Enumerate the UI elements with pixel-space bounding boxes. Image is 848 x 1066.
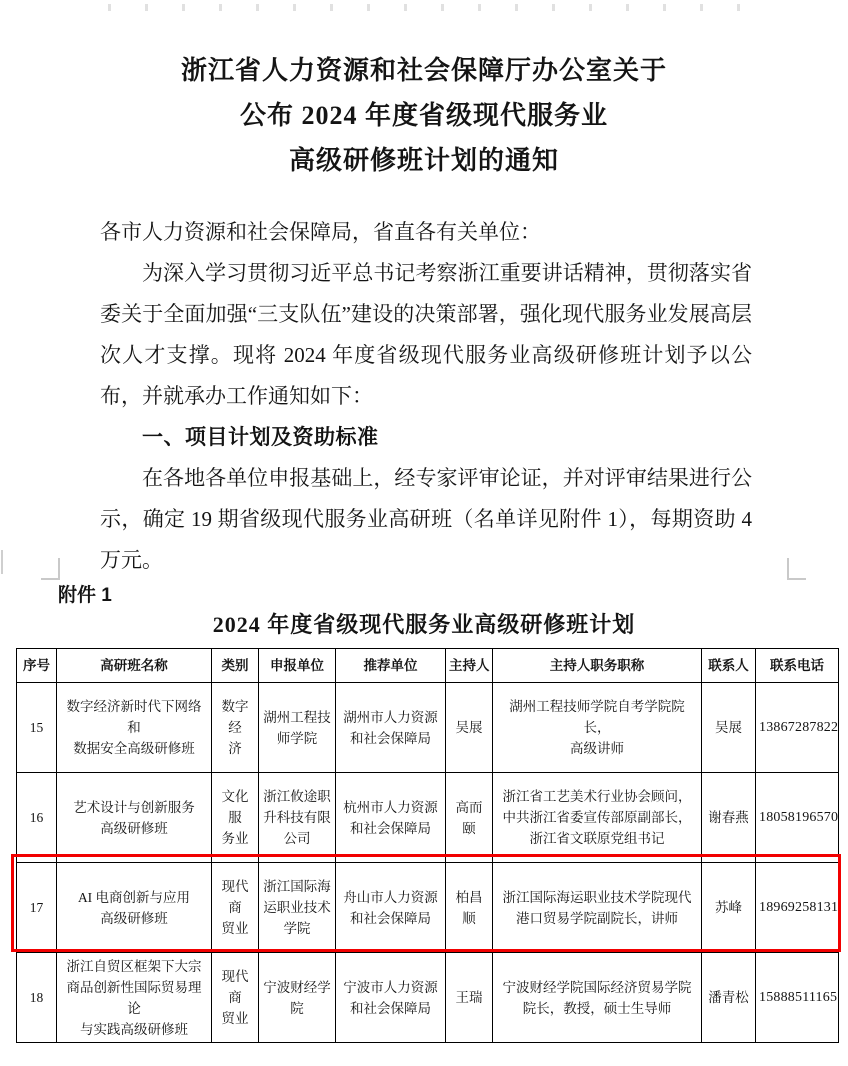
top-edge-text-remnant — [108, 4, 748, 11]
document-title-line2: 公布 2024 年度省级现代服务业 — [240, 101, 608, 130]
cell-contact: 潘青松 — [702, 953, 756, 1043]
text-boundary-mark-left — [41, 558, 60, 580]
cell-host: 吴展 — [446, 683, 493, 773]
cell-recommender: 湖州市人力资源 和社会保障局 — [336, 683, 446, 773]
table-row-highlighted: 17 AI 电商创新与应用 高级研修班 现代商 贸业 浙江国际海 运职业技术 学… — [17, 863, 839, 953]
header-host: 主持人 — [446, 649, 493, 683]
header-applicant: 申报单位 — [259, 649, 336, 683]
section-heading-1: 一、项目计划及资助标准 — [100, 417, 752, 458]
cell-applicant: 浙江国际海 运职业技术 学院 — [259, 863, 336, 953]
cell-category: 现代商 贸业 — [212, 863, 259, 953]
document-title-line1: 浙江省人力资源和社会保障厅办公室关于 — [181, 56, 667, 85]
header-no: 序号 — [17, 649, 57, 683]
paragraph-intro: 为深入学习贯彻习近平总书记考察浙江重要讲话精神，贯彻落实省委关于全面加强“三支队… — [100, 253, 752, 417]
document-body: 各市人力资源和社会保障局，省直各有关单位： 为深入学习贯彻习近平总书记考察浙江重… — [100, 212, 752, 581]
cell-recommender: 杭州市人力资源 和社会保障局 — [336, 773, 446, 863]
cell-recommender: 宁波市人力资源 和社会保障局 — [336, 953, 446, 1043]
cell-host-title: 浙江省工艺美术行业协会顾问， 中共浙江省委宣传部原副部长， 浙江省文联原党组书记 — [493, 773, 702, 863]
document-page: 浙江省人力资源和社会保障厅办公室关于 公布 2024 年度省级现代服务业 高级研… — [0, 0, 848, 1066]
cell-applicant: 浙江攸途职 升科技有限 公司 — [259, 773, 336, 863]
cell-host: 柏昌顺 — [446, 863, 493, 953]
cell-recommender: 舟山市人力资源 和社会保障局 — [336, 863, 446, 953]
cell-host: 王瑞 — [446, 953, 493, 1043]
header-name: 高研班名称 — [57, 649, 212, 683]
cell-phone: 15888511165 — [756, 953, 839, 1043]
header-recommender: 推荐单位 — [336, 649, 446, 683]
cell-applicant: 宁波财经学 院 — [259, 953, 336, 1043]
cell-name: 数字经济新时代下网络和 数据安全高级研修班 — [57, 683, 212, 773]
cell-phone: 18058196570 — [756, 773, 839, 863]
cell-host-title: 湖州工程技师学院自考学院院长， 高级讲师 — [493, 683, 702, 773]
header-phone: 联系电话 — [756, 649, 839, 683]
cell-category: 文化服 务业 — [212, 773, 259, 863]
table-row: 16 艺术设计与创新服务 高级研修班 文化服 务业 浙江攸途职 升科技有限 公司… — [17, 773, 839, 863]
cell-phone: 18969258131 — [756, 863, 839, 953]
salutation: 各市人力资源和社会保障局，省直各有关单位： — [100, 212, 752, 253]
document-title-line3: 高级研修班计划的通知 — [289, 146, 559, 175]
cell-name: AI 电商创新与应用 高级研修班 — [57, 863, 212, 953]
page-edge-tick — [1, 550, 3, 574]
text-boundary-mark-right — [787, 558, 806, 580]
cell-no: 17 — [17, 863, 57, 953]
cell-category: 数字经 济 — [212, 683, 259, 773]
cell-host-title: 宁波财经学院国际经济贸易学院 院长，教授，硕士生导师 — [493, 953, 702, 1043]
cell-contact: 吴展 — [702, 683, 756, 773]
cell-category: 现代商 贸业 — [212, 953, 259, 1043]
cell-no: 15 — [17, 683, 57, 773]
cell-contact: 苏峰 — [702, 863, 756, 953]
document-title: 浙江省人力资源和社会保障厅办公室关于 公布 2024 年度省级现代服务业 高级研… — [0, 48, 848, 183]
attachment-label: 附件 1 — [58, 580, 112, 607]
header-contact: 联系人 — [702, 649, 756, 683]
table-row: 18 浙江自贸区框架下大宗 商品创新性国际贸易理论 与实践高级研修班 现代商 贸… — [17, 953, 839, 1043]
cell-name: 浙江自贸区框架下大宗 商品创新性国际贸易理论 与实践高级研修班 — [57, 953, 212, 1043]
cell-name: 艺术设计与创新服务 高级研修班 — [57, 773, 212, 863]
table-row: 15 数字经济新时代下网络和 数据安全高级研修班 数字经 济 湖州工程技 师学院… — [17, 683, 839, 773]
cell-no: 16 — [17, 773, 57, 863]
cell-no: 18 — [17, 953, 57, 1043]
cell-host: 高而颐 — [446, 773, 493, 863]
paragraph-plan: 在各地各单位申报基础上，经专家评审论证，并对评审结果进行公示，确定 19 期省级… — [100, 458, 752, 581]
header-host-title: 主持人职务职称 — [493, 649, 702, 683]
plan-table: 序号 高研班名称 类别 申报单位 推荐单位 主持人 主持人职务职称 联系人 联系… — [16, 648, 839, 1043]
cell-phone: 13867287822 — [756, 683, 839, 773]
header-category: 类别 — [212, 649, 259, 683]
cell-host-title: 浙江国际海运职业技术学院现代 港口贸易学院副院长，讲师 — [493, 863, 702, 953]
cell-applicant: 湖州工程技 师学院 — [259, 683, 336, 773]
table-title: 2024 年度省级现代服务业高级研修班计划 — [0, 608, 848, 639]
cell-contact: 谢春燕 — [702, 773, 756, 863]
table-header-row: 序号 高研班名称 类别 申报单位 推荐单位 主持人 主持人职务职称 联系人 联系… — [17, 649, 839, 683]
